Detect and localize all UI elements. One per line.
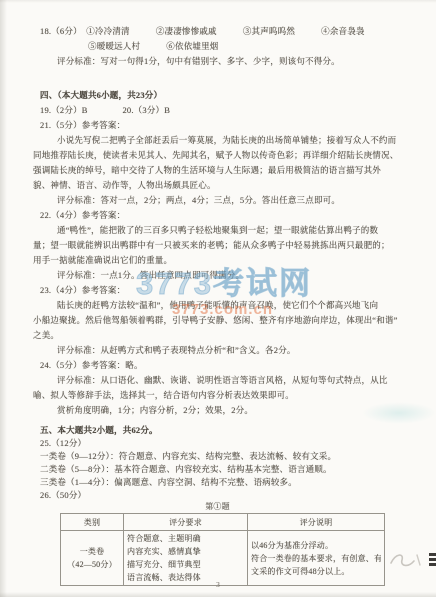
- notes-line: 以46分为基准分浮动。: [251, 539, 381, 552]
- q23-scoring-note: 评分标准：从赶鸭方式和鸭子表现特点分析“和”含义。各2分。: [33, 343, 430, 358]
- q21-answer-line-3: 强调陆长庚的绰号，暗中交待了人物的生活环境与人生际遇；最后用极简洁的语言描写其外: [33, 163, 430, 178]
- category-score-range: （42—50分）: [64, 558, 120, 571]
- q19-q20-answers: 19.（2分）B 20.（3分）B: [33, 103, 430, 118]
- handwriting-mark: [388, 549, 424, 573]
- notes-line: 符合一类卷的基本要求，有创意、有: [251, 552, 381, 565]
- cell-category: 一类卷 （42—50分）: [61, 531, 124, 586]
- criteria-line: 内容充实、感情真挚: [127, 545, 244, 558]
- scan-edge-shadow-left: [0, 0, 7, 597]
- rubric-table-row-grade1: 一类卷 （42—50分） 符合题意、主题明确 内容充实、感情真挚 描写充分、细节…: [61, 531, 385, 586]
- q24-scoring-note-2: 喻、拟人等修辞手法，选择其一，结合语句内容分析表达效果即可。: [33, 388, 430, 403]
- q23-answer-line-3: 之美。: [33, 328, 430, 343]
- q23-answer-line-2: 小船边聚拢。然后他驾船领着鸭群，引导鸭子安静、悠闲、整齐有序地游向岸边，体现出“…: [33, 313, 430, 328]
- q22-answer-line-1: 通“鸭性”，能把散了的三百多只鸭子轻松地聚集到一起；望一眼就能估算出鸭子的数: [33, 223, 430, 238]
- q25-label: 25.（12分）: [33, 437, 430, 450]
- q21-answer-line-2: 同地推荐陆长庚，使读者未见其人、先闻其名，赋予人物以传奇色彩；再详细介绍陆长庚情…: [33, 148, 430, 163]
- scan-edge-shadow-bottom: [0, 592, 436, 597]
- rubric-table-title: 第①题: [60, 502, 375, 511]
- q23-answer-line-1: 陆长庚的赶鸭方法较“温和”，他用鸭子能听懂的声音召唤，使它们个个都高兴地飞向: [33, 298, 430, 313]
- col-header-category: 类别: [61, 514, 124, 531]
- ink-smudge: [362, 402, 436, 424]
- rubric-table: 类别 评分要求 评分说明 一类卷 （42—50分） 符合题意、主题明确 内容充实…: [60, 513, 385, 586]
- document-body: 18.（6分） ①冷冷清清 ②凄凄惨惨戚戚 ③其声呜呜然 ④余音袅袅 ⑤暧暧远人…: [0, 0, 436, 597]
- q18-answer-line-2: ⑤暧暧远人村 ⑥依依墟里烟: [33, 39, 430, 54]
- q24-label: 24.（5分）参考答案：略。: [33, 358, 430, 373]
- q21-answer-line-1: 小说先写倪二把鸭子全部赶丢后一筹莫展，为陆长庚的出场简单铺垫；接着写众人不约而: [33, 133, 430, 148]
- spacer: [33, 69, 430, 88]
- criteria-line: 符合题意、主题明确: [127, 532, 244, 545]
- q26-label: 26.（50分）: [33, 489, 430, 502]
- q22-label: 22.（4分）参考答案：: [33, 208, 430, 223]
- q23-label: 23.（4分）参考答案：: [33, 283, 430, 298]
- q18-answer-line: 18.（6分） ①冷冷清清 ②凄凄惨惨戚戚 ③其声呜呜然 ④余音袅袅: [33, 24, 430, 39]
- q25-grade-1: 一类卷（9—12分）：符合题意、内容充实、结构完整、表达流畅、较有文采。: [33, 450, 430, 463]
- scanned-answer-sheet-page: 18.（6分） ①冷冷清清 ②凄凄惨惨戚戚 ③其声呜呜然 ④余音袅袅 ⑤暧暧远人…: [0, 0, 436, 597]
- q21-scoring-note: 评分标准：答对一点，2分；两点，4分；三点，5分。答出任意三点即可。: [33, 193, 430, 208]
- q18-scoring-note: 评分标准：写对一句得1分，句中有错别字、多字、少字，则该句不得分。: [33, 54, 430, 69]
- q24-scoring-note-1: 评分标准：从口语化、幽默、诙谐、说明性语言等语言风格，从短句等句式特点，从比: [33, 373, 430, 388]
- q21-answer-line-4: 貌、神情、语言、动作等，人物出场颇具匠心。: [33, 178, 430, 193]
- q22-answer-line-2: 量；望一眼就能辨识出鸭群中有一只被买来的老鸭；能从众多鸭子中轻易挑拣出两只最肥的…: [33, 238, 430, 253]
- q22-scoring-note: 评分标准：一点1分。答出任意四点即可得满分。: [33, 268, 430, 283]
- q25-grade-3: 三类卷（1—4分）：偏离题意、内容空洞、结构不完整、语病较多。: [33, 476, 430, 489]
- cutoff-glyph-fragment: [428, 551, 436, 570]
- section-5: 五、本大题共2小题，共62分。 25.（12分） 一类卷（9—12分）：符合题意…: [33, 424, 430, 502]
- cell-criteria: 符合题意、主题明确 内容充实、感情真挚 描写充分、细节典型 语言流畅、表达得体: [124, 531, 248, 586]
- glyph-bar: [429, 553, 436, 556]
- page-number: 3: [0, 580, 436, 589]
- criteria-line: 描写充分、细节典型: [127, 558, 244, 571]
- scan-edge-shadow-top: [0, 0, 436, 3]
- q25-grade-2: 二类卷（5—8分）：基本符合题意、内容较充实、结构基本完整、语言通顺。: [33, 463, 430, 476]
- glyph-bar: [429, 558, 436, 561]
- col-header-notes: 评分说明: [248, 514, 385, 531]
- col-header-criteria: 评分要求: [124, 514, 248, 531]
- rubric-table-header-row: 类别 评分要求 评分说明: [61, 514, 385, 531]
- section-5-heading: 五、本大题共2小题，共62分。: [33, 424, 430, 437]
- q21-label: 21.（5分）参考答案：: [33, 118, 430, 133]
- glyph-bar: [429, 563, 436, 566]
- notes-line: 文采的作文可得48分以上。: [251, 565, 381, 578]
- cell-notes: 以46分为基准分浮动。 符合一类卷的基本要求，有创意、有 文采的作文可得48分以…: [248, 531, 385, 586]
- category-name: 一类卷: [64, 545, 120, 558]
- section-4-heading: 四、（本大题共6小题，共23分）: [33, 88, 430, 103]
- q22-answer-line-3: 用手一掂就能准确说出它们的重量。: [33, 253, 430, 268]
